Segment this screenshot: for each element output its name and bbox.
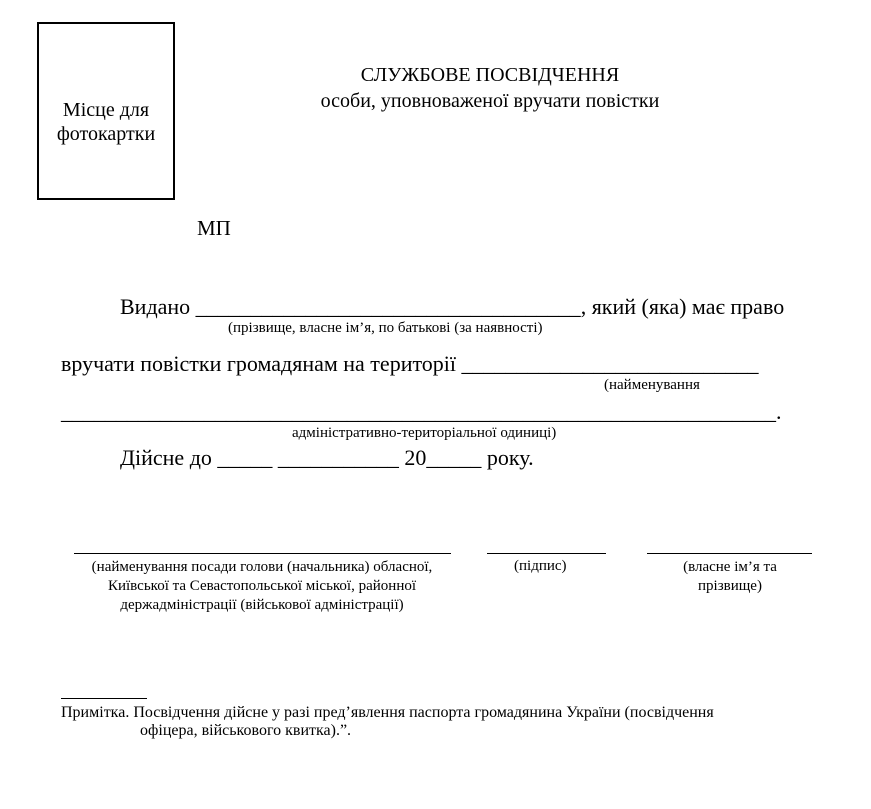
name-signature-line bbox=[647, 553, 812, 554]
position-signature-line bbox=[74, 553, 451, 554]
territory-hint-2: адміністративно-територіальної одиниці) bbox=[292, 425, 556, 442]
issued-to-hint: (прізвище, власне ім’я, по батькові (за … bbox=[228, 320, 542, 337]
photo-placeholder-box: Місце для фотокартки bbox=[37, 22, 175, 200]
name-hint: (власне ім’я та прізвище) bbox=[660, 558, 800, 596]
position-hint: (найменування посади голови (начальника)… bbox=[62, 558, 462, 615]
document-title: СЛУЖБОВЕ ПОСВІДЧЕННЯ bbox=[290, 64, 690, 87]
signature-hint: (підпис) bbox=[514, 558, 567, 575]
valid-until-line: Дійсне до _____ ___________ 20_____ року… bbox=[120, 445, 534, 471]
territory-line: вручати повістки громадянам на території… bbox=[61, 351, 759, 377]
stamp-label: МП bbox=[197, 216, 231, 241]
issued-to-prefix: Видано _________________________________… bbox=[120, 294, 581, 319]
photo-placeholder-label: Місце для фотокартки bbox=[57, 98, 155, 146]
footnote-separator bbox=[61, 698, 147, 699]
footnote-line-1: Примітка. Посвідчення дійсне у разі пред… bbox=[61, 704, 714, 722]
territory-hint-1: (найменування bbox=[604, 377, 700, 394]
issued-to-suffix: , який (яка) має право bbox=[581, 294, 785, 319]
signature-line bbox=[487, 553, 606, 554]
territory-blank: ________________________________________… bbox=[61, 399, 782, 425]
footnote-line-2: офіцера, військового квитка).”. bbox=[140, 722, 351, 740]
document-subtitle: особи, уповноваженої вручати повістки bbox=[290, 90, 690, 113]
issued-to-field: Видано _________________________________… bbox=[120, 294, 784, 320]
